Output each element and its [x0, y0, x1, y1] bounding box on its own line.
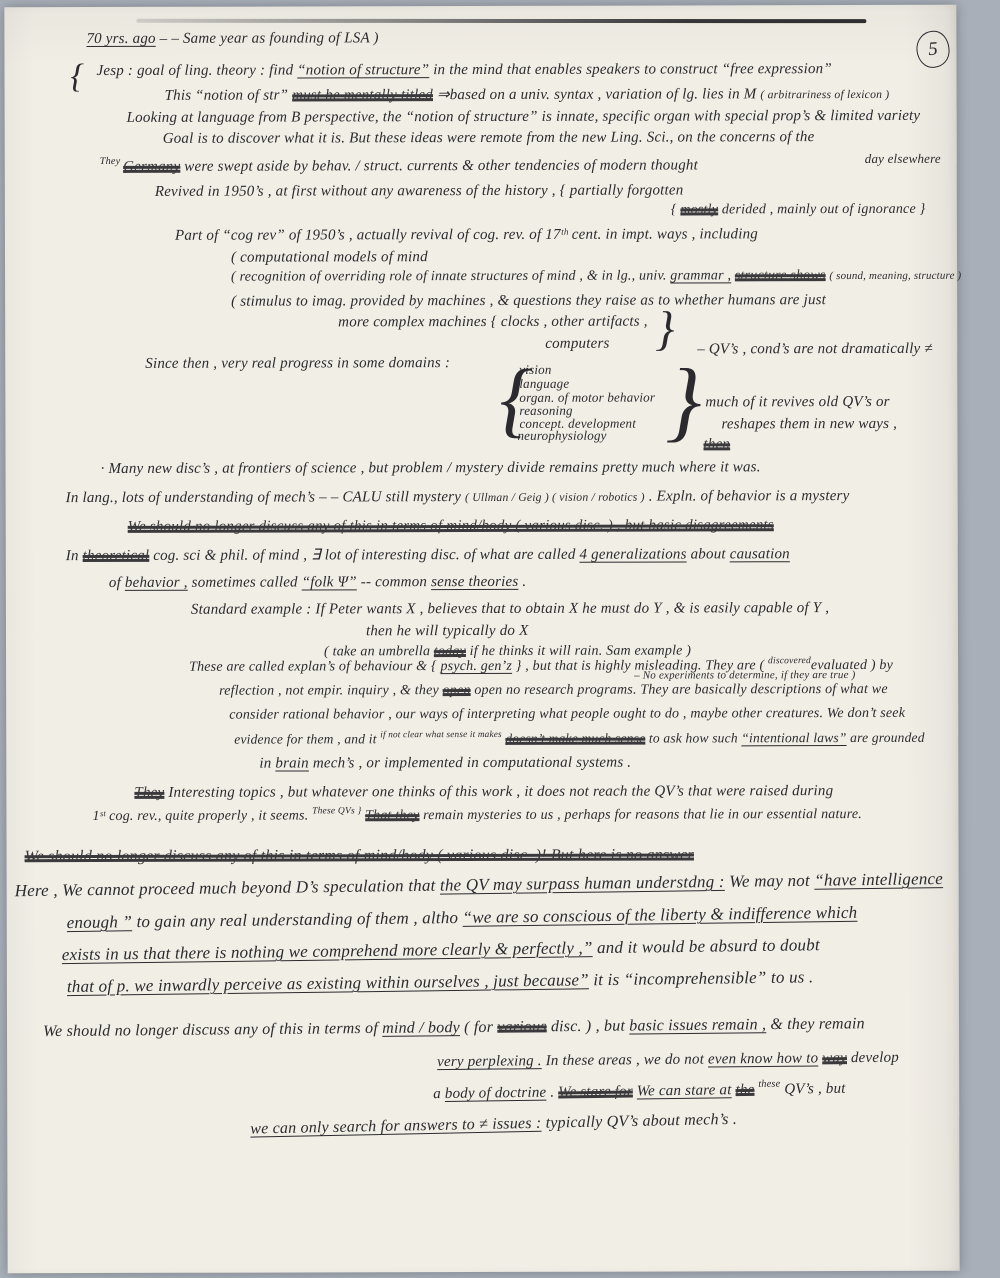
handwritten-line: that of p. we inwardly perceive as exist… [67, 967, 814, 996]
handwritten-line: This “notion of str” must be mentally ti… [165, 86, 890, 105]
handwritten-line: 1ˢᵗ cog. rev., quite properly , it seems… [92, 807, 862, 825]
handwritten-line: Revived in 1950’s , at first without any… [155, 182, 684, 201]
handwritten-line: We should no longer discuss any of this … [43, 1015, 865, 1041]
handwritten-line: very perplexing . In these areas , we do… [437, 1050, 899, 1072]
handwritten-line: much of it revives old QV’s or [705, 394, 889, 412]
handwritten-line: } [655, 301, 675, 356]
handwritten-line: Goal is to discover what it is. But thes… [163, 129, 815, 148]
handwritten-line: exists in us that there is nothing we co… [62, 935, 820, 964]
handwritten-line: · Many new disc’s , at frontiers of scie… [101, 459, 761, 478]
handwritten-line: then [703, 436, 730, 453]
handwritten-line: computers [545, 336, 609, 353]
handwritten-line: ( computational models of mind [231, 249, 428, 267]
handwritten-line: – QV’s , cond’s are not dramatically ≠ [697, 341, 933, 359]
handwritten-line: Here , We cannot proceed much beyond D’s… [15, 869, 944, 901]
handwritten-line: ( recognition of overriding role of inna… [231, 268, 961, 286]
handwritten-line: enough ” to gain any real understanding … [67, 903, 858, 933]
handwritten-line: Since then , very real progress in some … [145, 355, 450, 373]
handwritten-line: { [70, 57, 84, 96]
page-number-badge: 5 [915, 30, 951, 69]
paper-top-edge [136, 19, 866, 23]
handwritten-line: reflection , not empir. inquiry , & they… [219, 682, 888, 700]
handwritten-line: In theoretical cog. sci & phil. of mind … [66, 546, 790, 565]
handwritten-line: They Germany were swept aside by behav. … [100, 157, 698, 176]
handwritten-line: 70 yrs. ago – – Same year as founding of… [86, 30, 378, 48]
handwritten-line: neurophysiology [517, 429, 606, 444]
handwritten-line: Standard example : If Peter wants X , be… [191, 600, 829, 619]
handwritten-line: of behavior , sometimes called “folk Ψ” … [109, 574, 527, 592]
handwritten-line: we can only search for answers to ≠ issu… [250, 1111, 737, 1139]
handwritten-line: a body of doctrine . We stare for We can… [433, 1081, 846, 1104]
scanned-background: { "page": { "number": "5", "colors": { "… [0, 0, 1000, 1278]
handwritten-line: reshapes them in new ways , [721, 416, 897, 434]
handwritten-line: consider rational behavior , our ways of… [229, 706, 905, 724]
handwritten-line: We should no longer discuss any of this … [128, 517, 774, 536]
handwritten-line: { mostly derided , mainly out of ignoran… [671, 202, 926, 219]
handwritten-line: Looking at language from B perspective, … [127, 108, 921, 127]
handwritten-line: in brain mech’s , or implemented in comp… [259, 755, 631, 773]
handwritten-line: Part of “cog rev” of 1950’s , actually r… [175, 226, 758, 245]
handwritten-line: – No experiments to determine, if they a… [634, 669, 855, 682]
page-number: 5 [927, 38, 938, 61]
handwritten-line: In lang., lots of understanding of mech’… [66, 488, 850, 507]
handwritten-line: day elsewhere [865, 152, 941, 167]
handwritten-line: more complex machines { clocks , other a… [338, 314, 648, 332]
handwritten-line: They Interesting topics , but whatever o… [134, 783, 833, 802]
handwritten-line: evidence for them , and it if not clear … [234, 730, 924, 747]
handwritten-line: Jesp : goal of ling. theory : find “noti… [96, 61, 831, 80]
handwritten-line: } [665, 349, 701, 453]
handwritten-line: ( stimulus to imag. provided by machines… [231, 292, 826, 311]
handwritten-line: We should no longer discuss any of this … [25, 846, 694, 866]
manuscript-page: 5 70 yrs. ago – – Same year as founding … [4, 5, 959, 1273]
handwritten-line: then he will typically do X [366, 623, 528, 641]
